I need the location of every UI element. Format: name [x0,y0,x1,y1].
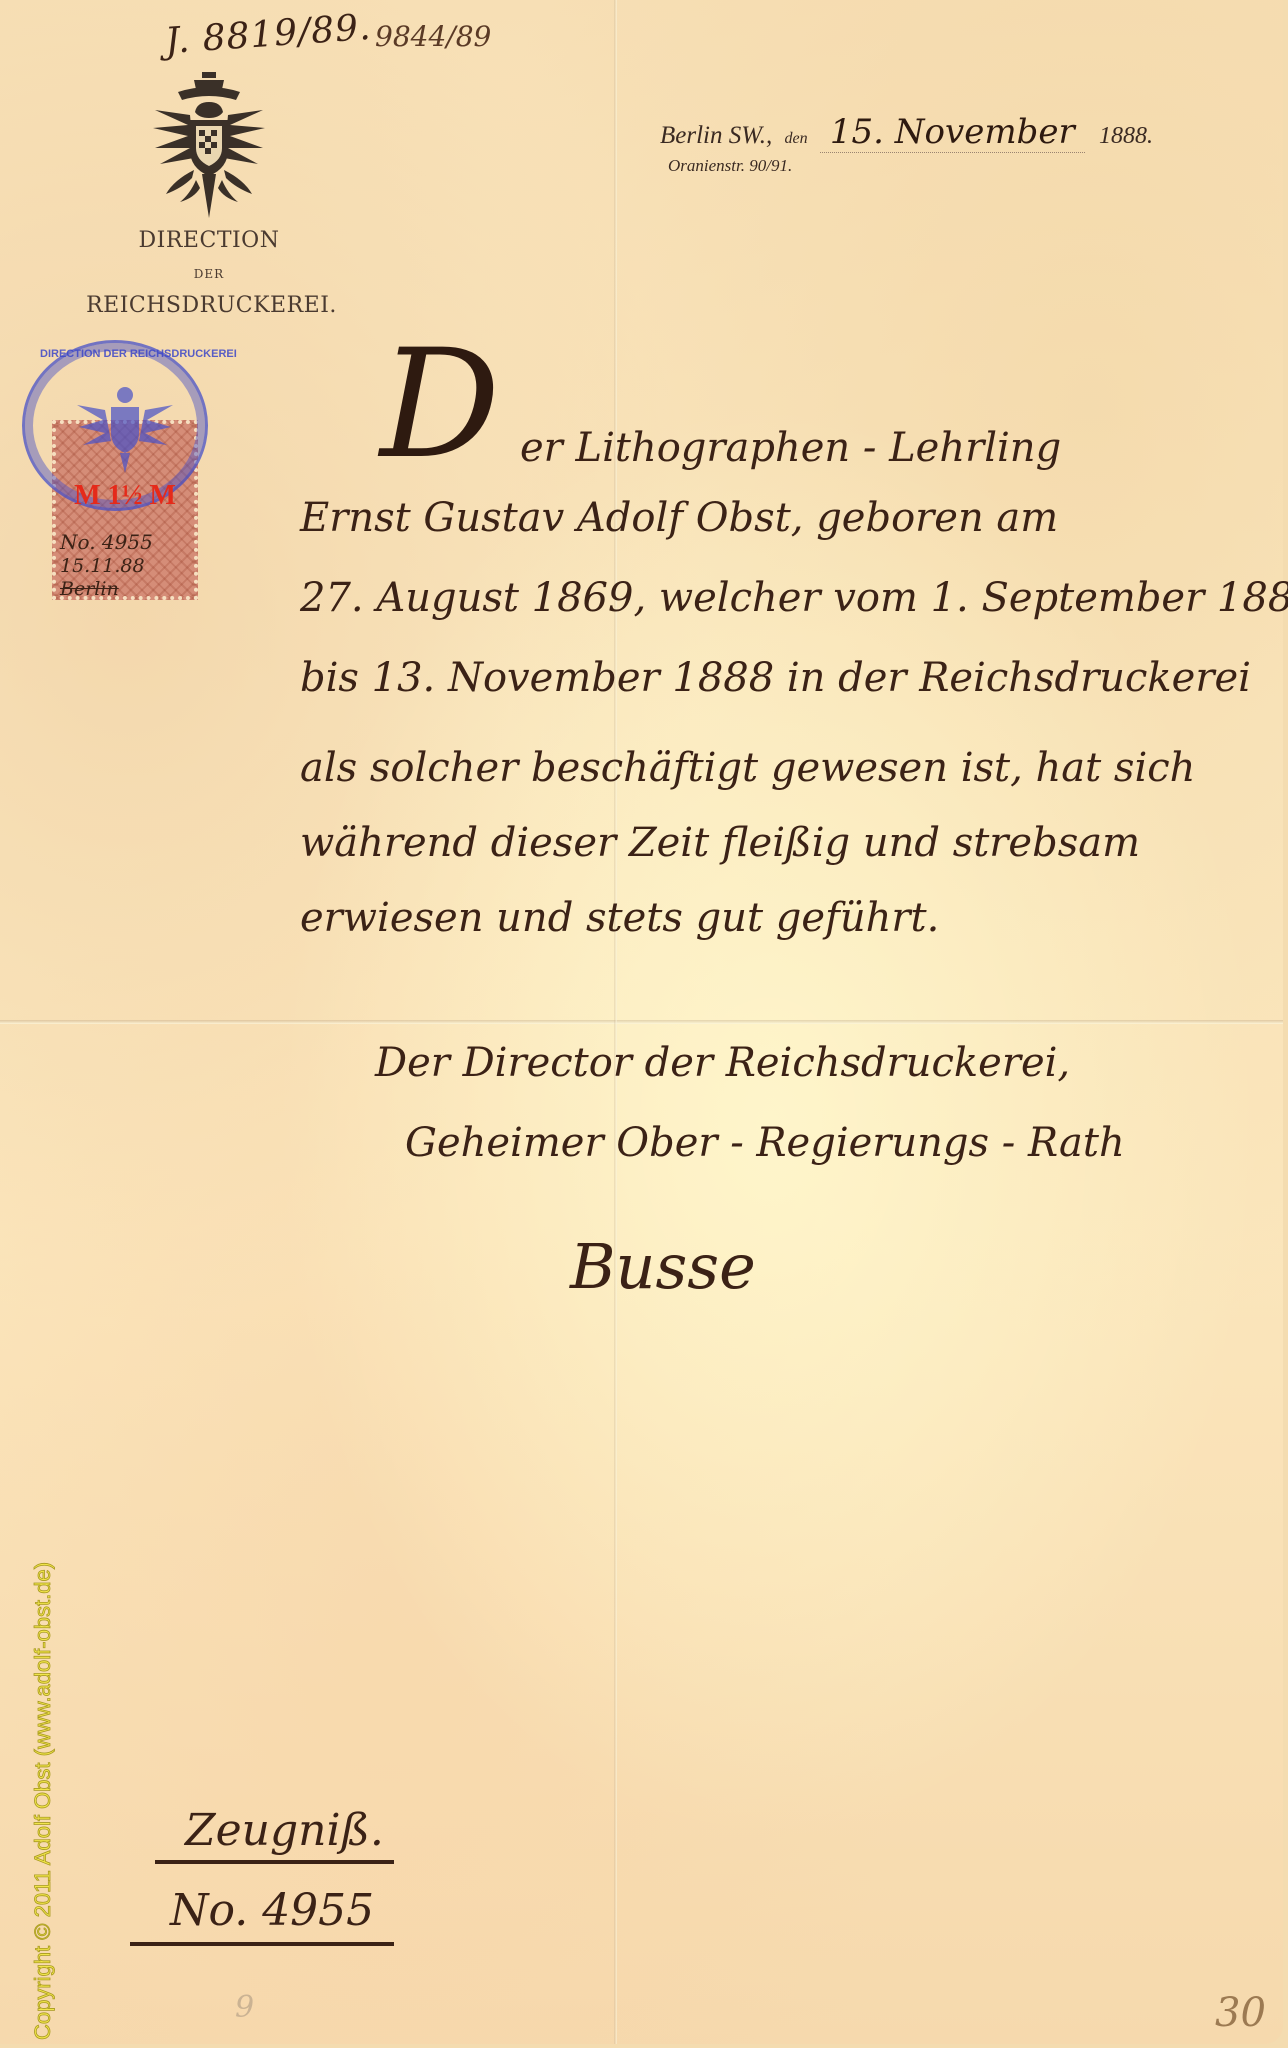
stamp-handwritten-date: 15.11.88 [60,555,145,577]
stamp-handwritten-number: No. 4955 [60,530,153,554]
body-line-4: bis 13. November 1888 in der Reichsdruck… [300,655,1251,701]
stamp-handwritten-city: Berlin [60,578,119,600]
letterhead-line-direction: DIRECTION [133,228,285,253]
director-signature: Busse [570,1230,756,1303]
horizontal-fold-line [0,1020,1283,1024]
certificate-title: Zeugniß. [155,1805,394,1864]
pencil-mark: 9 [235,1990,254,2025]
place-date-line: Berlin SW., den 15. November 1888. [660,112,1153,152]
den-label: den [785,130,808,147]
closing-rank-line: Geheimer Ober - Regierungs - Rath [405,1120,1125,1166]
page-number-mark: 30 [1215,1990,1266,2036]
reference-number-secondary: 9844/89 [375,20,491,53]
imperial-eagle-coat-of-arms-icon [150,70,268,220]
body-line-1: er Lithographen - Lehrling [520,425,1061,471]
certificate-number: No. 4955 [130,1885,394,1946]
body-line-6: während dieser Zeit fleißig und strebsam [300,820,1140,866]
seal-text: DIRECTION DER REICHSDRUCKEREI [40,348,190,360]
body-line-2: Ernst Gustav Adolf Obst, geboren am [300,495,1058,541]
date-handwritten: 15. November [820,112,1085,153]
body-line-5: als solcher beschäftigt gewesen ist, hat… [300,745,1195,791]
street-address: Oranienstr. 90/91. [668,156,792,176]
revenue-stamp-value: M 1½ M [52,480,198,512]
closing-title-line: Der Director der Reichsdruckerei, [375,1040,1070,1086]
letterhead-line-reichsdruckerei: REICHSDRUCKEREI. [64,293,359,318]
letterhead-line-der: DER [133,267,285,281]
place: Berlin SW., [660,122,772,149]
body-line-3: 27. August 1869, welcher vom 1. Septembe… [300,575,1288,621]
year: 1888. [1099,123,1153,149]
copyright-watermark: Copyright © 2011 Adolf Obst (www.adolf-o… [30,1562,56,2040]
seal-eagle-icon [75,375,175,475]
decorative-initial: D [380,330,500,480]
body-line-7: erwiesen und stets gut geführt. [300,895,939,941]
vertical-fold-line [614,0,617,2044]
